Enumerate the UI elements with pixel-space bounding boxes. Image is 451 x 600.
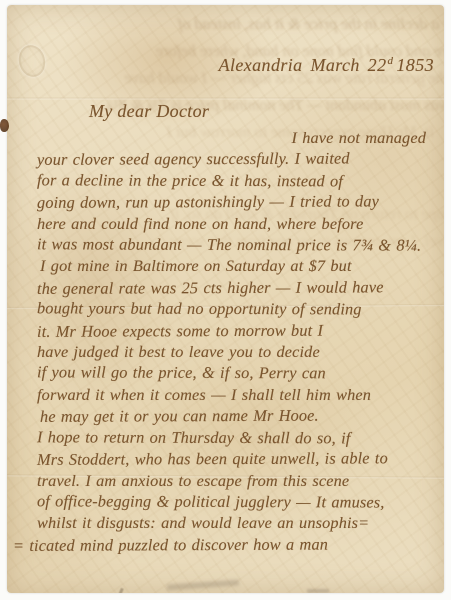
letter-line: I have not managed <box>37 127 426 148</box>
dateline: Alexandria March 22d1853 <box>7 55 434 76</box>
letter-line: if you will go the price, & if so, Perry… <box>37 362 440 385</box>
letter-line: the general rate was 25 cts higher — I w… <box>37 276 440 299</box>
letter-line: here and could find none on hand, where … <box>37 213 440 234</box>
letter-line: for a decline in the price & it has, ins… <box>37 169 440 192</box>
dateline-year: 1853 <box>396 55 434 75</box>
letter-line: your clover seed agency successfully. I … <box>37 148 440 171</box>
letter-line: bought yours but had no opportunity of s… <box>37 298 440 321</box>
letter-line: it was most abundant — The nominal price… <box>37 233 440 256</box>
ink-blot <box>0 119 9 132</box>
letter-line: = ticated mind puzzled to discover how a… <box>13 533 440 556</box>
dateline-place-date: Alexandria March 22 <box>219 55 387 75</box>
letter-line: he may get it or you can name Mr Hooe. <box>40 404 440 427</box>
dateline-ordinal: d <box>387 55 393 67</box>
letter-body: I have not managed your clover seed agen… <box>37 127 440 555</box>
letter-content: Alexandria March 22d1853 My dear Doctor … <box>7 5 444 593</box>
letter-line: Mrs Stoddert, who has been quite unwell,… <box>37 447 440 470</box>
letter-line: I got mine in Baltimore on Saturday at $… <box>40 255 440 276</box>
letter-line: going down, run up astonishingly — I tri… <box>37 190 440 213</box>
letter-line: it. Mr Hooe expects some to morrow but I <box>37 319 440 342</box>
letter-line: whilst it disgusts: and would leave an u… <box>37 512 440 533</box>
letter-paper: for a decline in the price & it has, ins… <box>7 5 444 593</box>
letter-line: travel. I am anxious to escape from this… <box>37 470 440 491</box>
letter-line: I hope to return on Thursday & shall do … <box>37 426 440 449</box>
salutation: My dear Doctor <box>89 101 444 122</box>
letter-line: forward it when it comes — I shall tell … <box>37 384 440 405</box>
letter-line: of office-begging & political jugglery —… <box>37 490 440 513</box>
letter-line: have judged it best to leave you to deci… <box>37 341 440 362</box>
